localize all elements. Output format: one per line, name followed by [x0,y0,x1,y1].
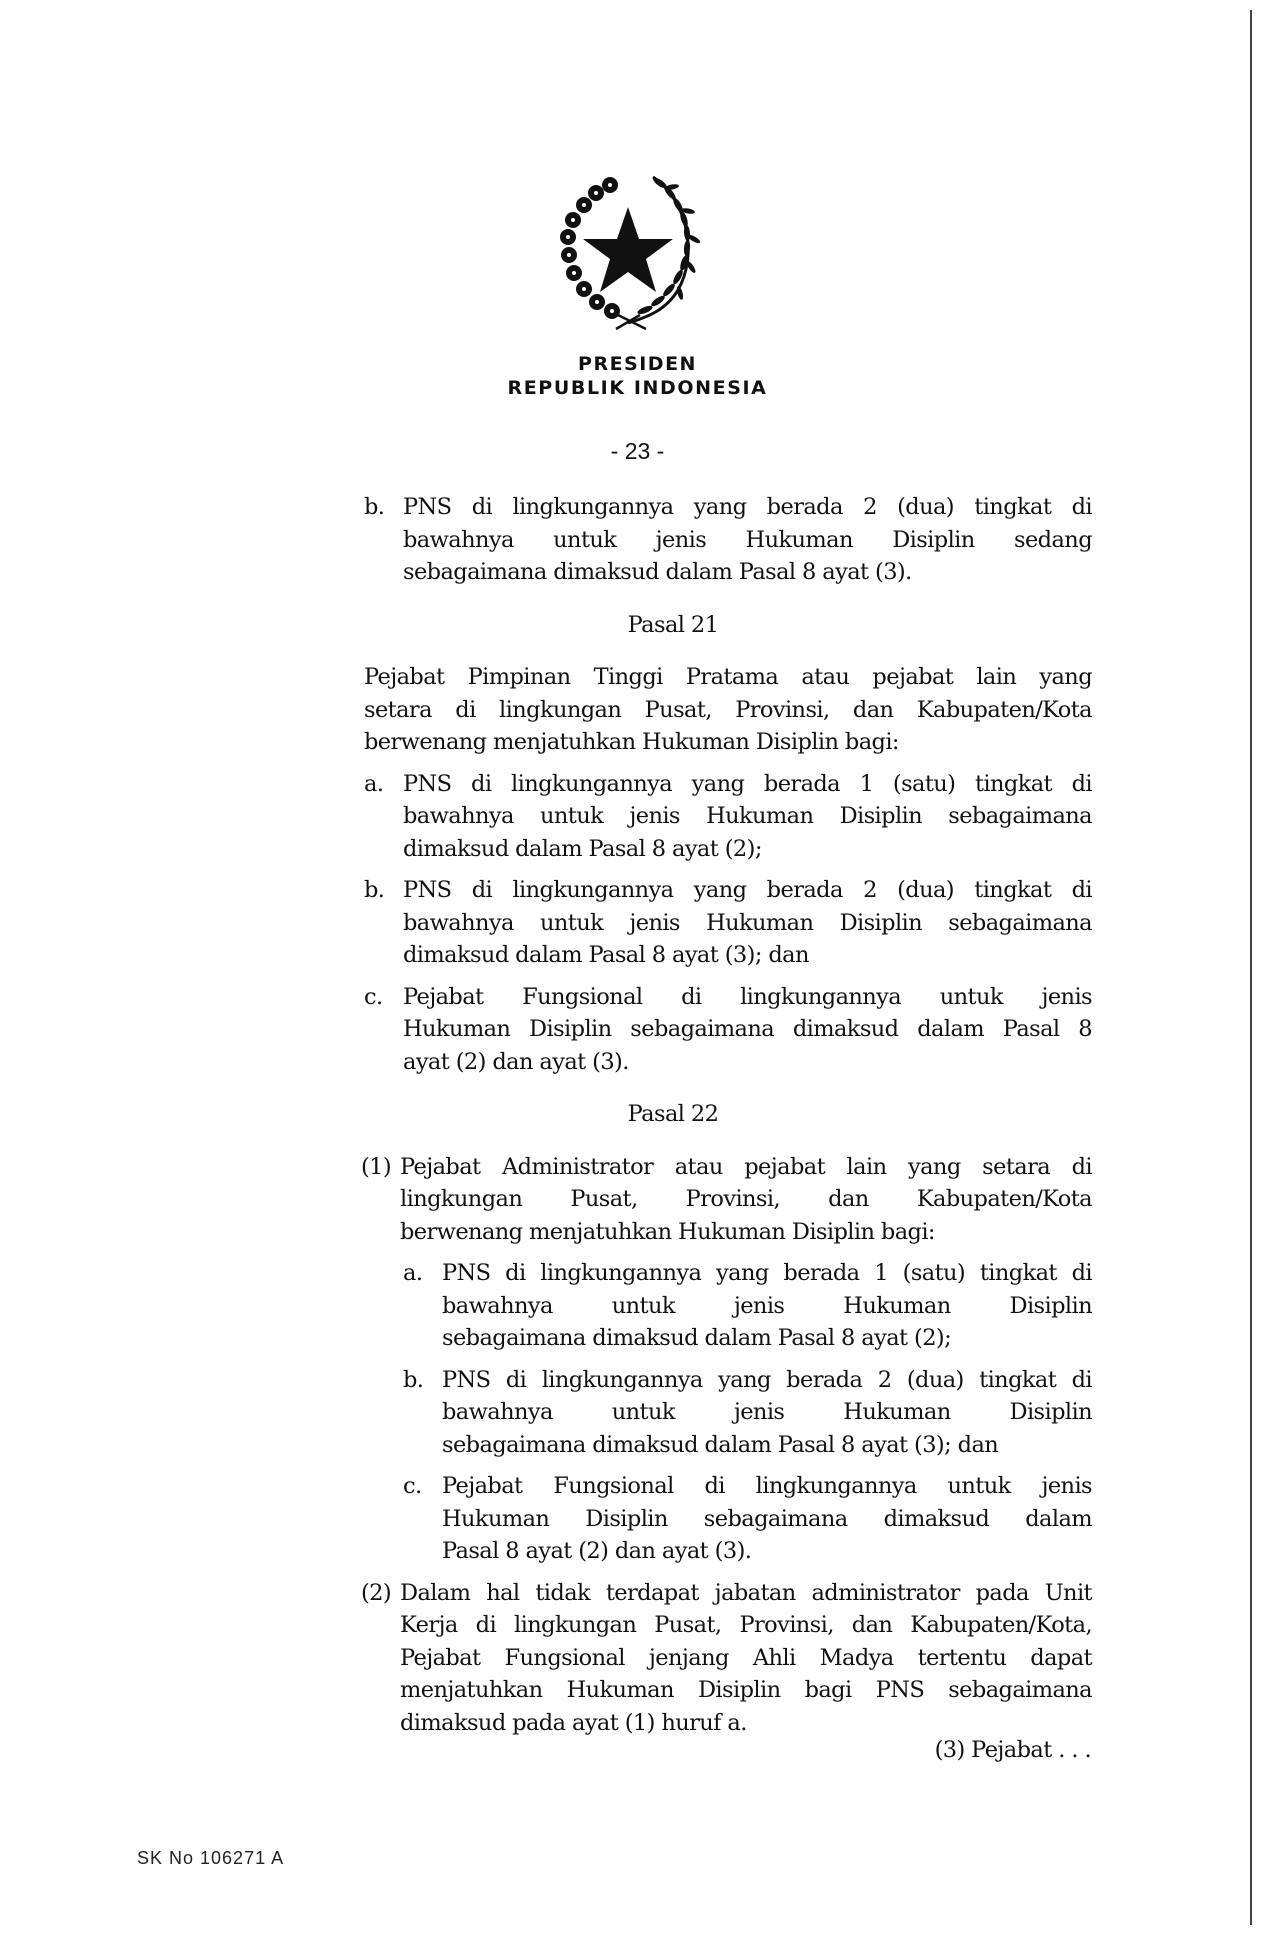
ayat-item: (2) Dalam hal tidak terdapat jabatan adm… [364,1577,1092,1740]
item-label: b. [364,491,403,589]
article-heading-pasal-22: Pasal 22 [254,1098,1092,1131]
footer-document-code: SK No 106271 A [137,1848,284,1869]
article-intro: Pejabat Pimpinan Tinggi Pratama atau pej… [364,661,1092,759]
ayat-label: (2) [361,1577,400,1740]
item-label: a. [364,768,403,866]
list-item: a. PNS di lingkungannya yang berada 1 (s… [364,768,1092,866]
item-label: c. [364,981,403,1079]
ayat-item: (1) Pejabat Administrator atau pejabat l… [364,1151,1092,1249]
item-label: a. [403,1257,442,1355]
article-heading-pasal-21: Pasal 21 [254,609,1092,642]
item-label: b. [364,874,403,972]
item-text: PNS di lingkungannya yang berada 2 (dua)… [403,491,1092,589]
document-body: b. PNS di lingkungannya yang berada 2 (d… [364,491,1092,1739]
list-item: a. PNS di lingkungannya yang berada 1 (s… [403,1257,1092,1355]
list-item: b. PNS di lingkungannya yang berada 2 (d… [364,491,1092,589]
item-label: c. [403,1470,442,1568]
header-title-presiden: PRESIDEN [0,353,1275,375]
list-item: c. Pejabat Fungsional di lingkungannya u… [364,981,1092,1079]
list-item: b. PNS di lingkungannya yang berada 2 (d… [403,1364,1092,1462]
list-item: c. Pejabat Fungsional di lingkungannya u… [403,1470,1092,1568]
ayat-label: (1) [361,1151,400,1249]
presidential-emblem-icon [548,165,708,335]
page-number: - 23 - [0,438,1275,465]
page-edge-rule [1250,10,1252,1925]
header-title-republik: REPUBLIK INDONESIA [0,377,1275,399]
list-item: b. PNS di lingkungannya yang berada 2 (d… [364,874,1092,972]
continuation-catchword: (3) Pejabat . . . [935,1737,1091,1763]
item-label: b. [403,1364,442,1462]
